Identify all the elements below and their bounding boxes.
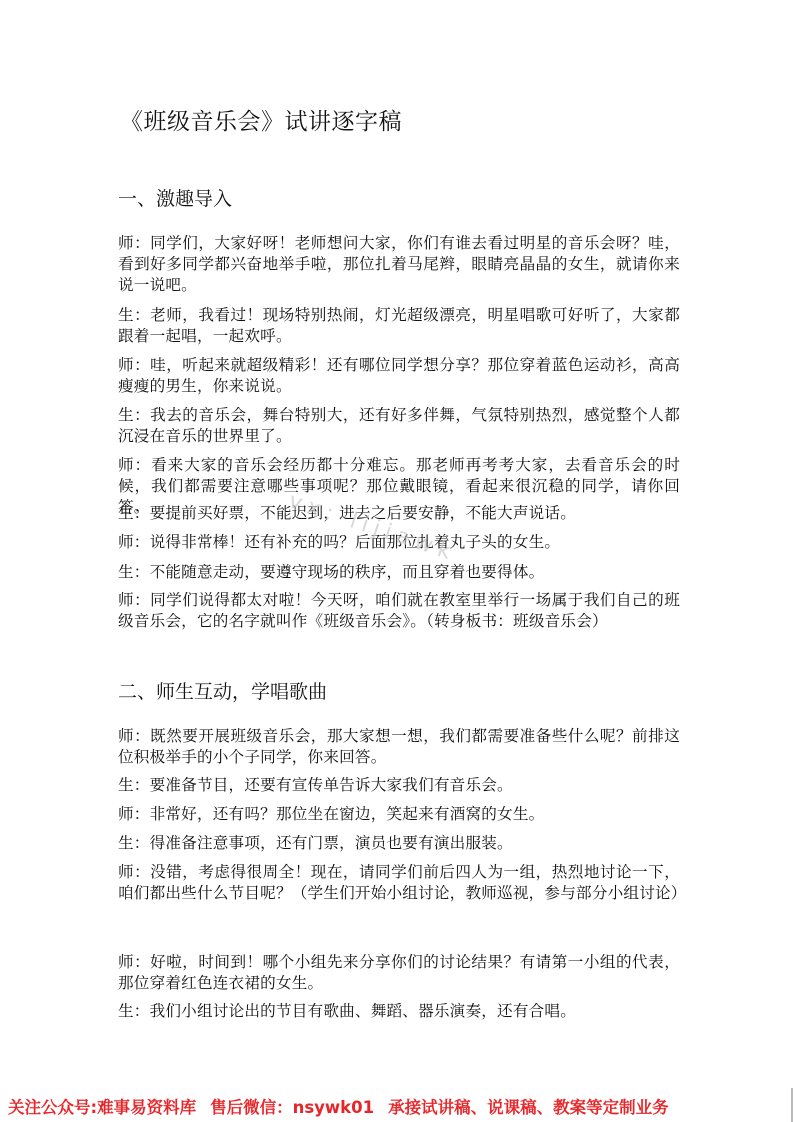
paragraph: 生：得准备注意事项，还有门票，演员也要有演出服装。 <box>118 833 680 854</box>
paragraph: 生：我们小组讨论出的节目有歌曲、舞蹈、器乐演奏，还有合唱。 <box>118 1001 680 1022</box>
paragraph: 师：好啦，时间到！哪个小组先来分享你们的讨论结果？有请第一小组的代表，那位穿着红… <box>118 952 680 994</box>
footer-banner: 关注公众号:难事易资料库 售后微信：nsywk01 承接试讲稿、说课稿、教案等定… <box>0 1090 793 1122</box>
footer-wechat: 售后微信：nsywk01 <box>210 1094 374 1118</box>
section-heading-1: 一、激趣导入 <box>118 184 232 211</box>
paragraph: 师：同学们，大家好呀！老师想问大家，你们有谁去看过明星的音乐会呀？哇，看到好多同… <box>118 233 680 296</box>
paragraph: 师：哇，听起来就超级精彩！还有哪位同学想分享？那位穿着蓝色运动衫，高高瘦瘦的男生… <box>118 355 680 397</box>
paragraph: 师：说得非常棒！还有补充的吗？后面那位扎着丸子头的女生。 <box>118 532 680 553</box>
footer-service: 承接试讲稿、说课稿、教案等定制业务 <box>388 1094 669 1118</box>
paragraph: 师：没错，考虑得很周全！现在，请同学们前后四人为一组，热烈地讨论一下，咱们都出些… <box>118 862 680 904</box>
paragraph: 生：要准备节目，还要有宣传单告诉大家我们有音乐会。 <box>118 775 680 796</box>
paragraph: 生：要提前买好票，不能迟到，进去之后要安静，不能大声说话。 <box>118 503 680 524</box>
paragraph: 生：不能随意走动，要遵守现场的秩序，而且穿着也要得体。 <box>118 562 680 583</box>
footer-follow: 关注公众号:难事易资料库 <box>8 1094 196 1118</box>
paragraph: 师：同学们说得都太对啦！今天呀，咱们就在教室里举行一场属于我们自己的班级音乐会，… <box>118 590 680 632</box>
paragraph: 生：老师，我看过！现场特别热闹，灯光超级漂亮，明星唱歌可好听了，大家都跟着一起唱… <box>118 305 680 347</box>
document-title: 《班级音乐会》试讲逐字稿 <box>120 103 402 136</box>
paragraph: 师：非常好，还有吗？那位坐在窗边，笑起来有酒窝的女生。 <box>118 804 680 825</box>
paragraph: 师：既然要开展班级音乐会，那大家想一想，我们都需要准备些什么呢？前排这位积极举手… <box>118 726 680 768</box>
paragraph: 生：我去的音乐会，舞台特别大，还有好多伴舞，气氛特别热烈，感觉整个人都沉浸在音乐… <box>118 405 680 447</box>
section-heading-2: 二、师生互动，学唱歌曲 <box>118 677 327 704</box>
